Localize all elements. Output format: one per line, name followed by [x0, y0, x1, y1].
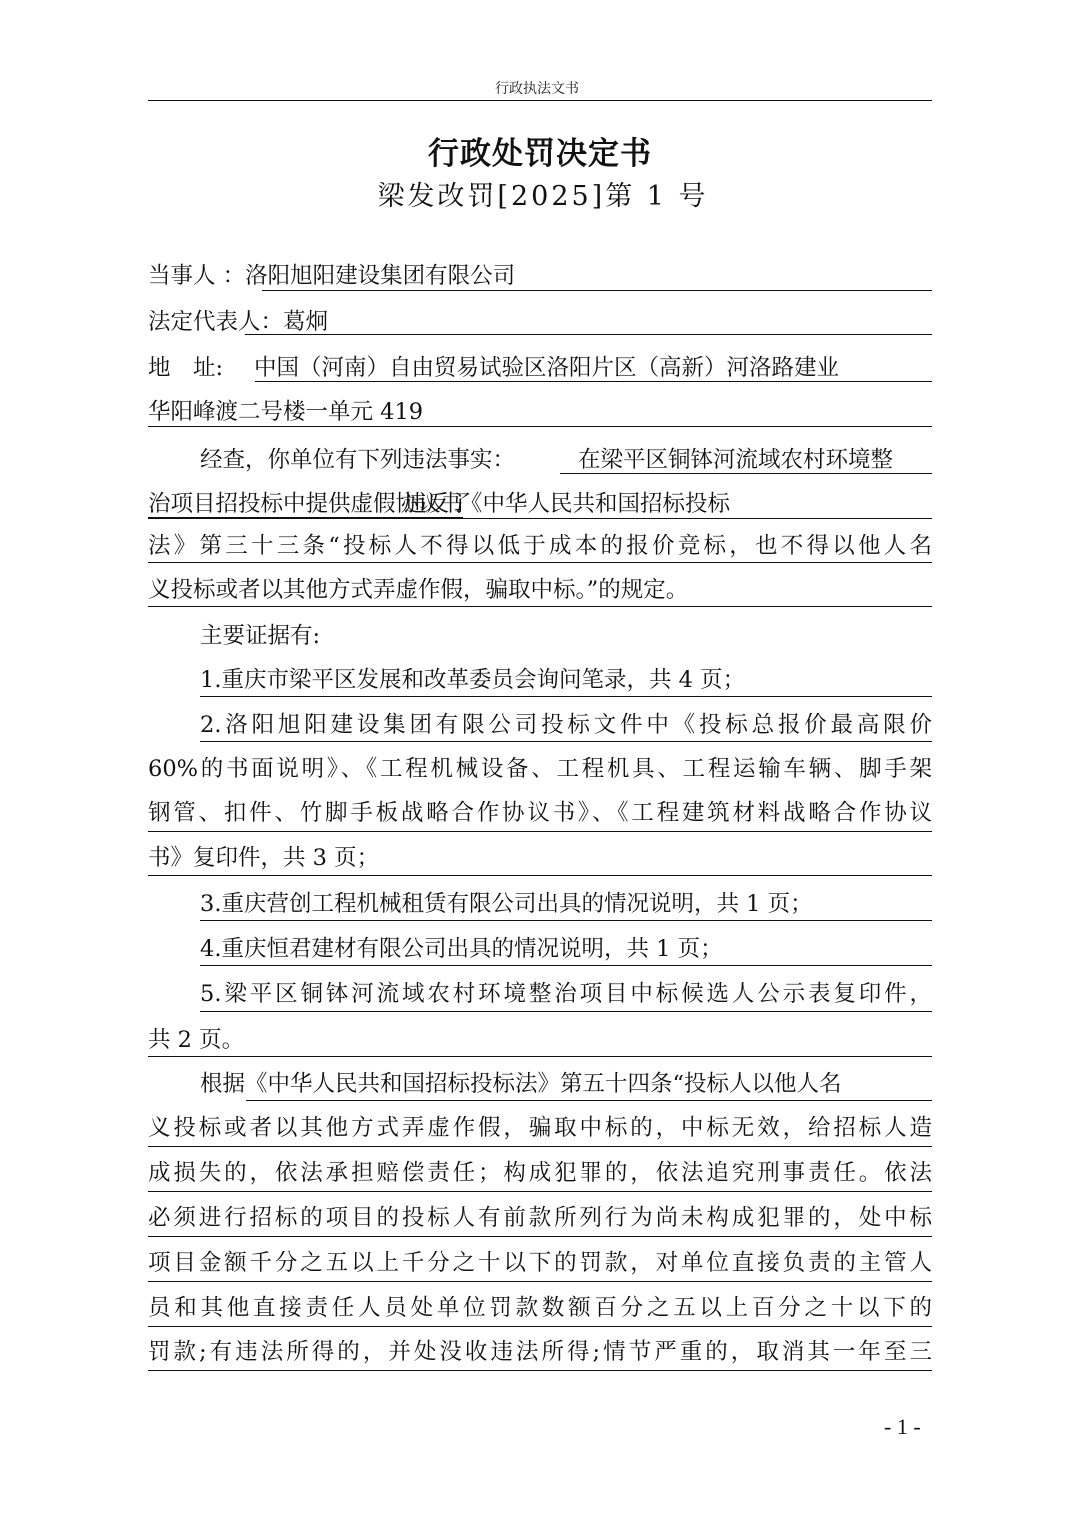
- evidence-heading: 主要证据有:: [148, 616, 932, 656]
- basis-line-2: 义投标或者以其他方式弄虚作假，骗取中标的，中标无效，给招标人造: [148, 1108, 932, 1147]
- evidence-item-4: 4.重庆恒君建材有限公司出具的情况说明，共 1 页；: [200, 929, 932, 966]
- party-value: 洛阳旭阳建设集团有限公司: [245, 263, 515, 289]
- legal-rep-value: 葛炯: [283, 309, 328, 335]
- basis-underline-1: [246, 1100, 932, 1101]
- basis-lead: 根据: [148, 1071, 245, 1097]
- evidence-item-2-line-2: 60%的书面说明》、《工程机械设备、工程机具、工程运输车辆、脚手架: [148, 749, 932, 789]
- evidence-item-2-line-3: 钢管、扣件、竹脚手板战略合作协议书》、《工程建筑材料战略合作协议: [148, 793, 932, 832]
- document-title: 行政处罚决定书: [0, 128, 1074, 173]
- facts-underline-1: [560, 473, 932, 474]
- basis-text-1: 《中华人民共和国招标投标法》第五十四条“投标人以他人名: [245, 1071, 842, 1097]
- basis-line-1: 根据《中华人民共和国招标投标法》第五十四条“投标人以他人名: [148, 1064, 932, 1104]
- evidence-item-5-line-1: 5.梁平区铜钵河流域农村环境整治项目中标候选人公示表复印件，: [200, 974, 932, 1012]
- facts-line-4: 义投标或者以其他方式弄虚作假，骗取中标。”的规定。: [148, 570, 932, 607]
- legal-rep-line: 法定代表人：葛炯: [148, 302, 932, 342]
- address-line-1: 地 址: 中国（河南）自由贸易试验区洛阳片区（高新）河洛路建业: [148, 348, 932, 388]
- party-label: 当事人 ：: [148, 263, 245, 289]
- basis-line-6: 员和其他直接责任人员处单位罚款数额百分之五以上百分之十以下的: [148, 1288, 932, 1327]
- address-line-2: 华阳峰渡二号楼一单元 419: [148, 392, 932, 427]
- address-value-2: 华阳峰渡二号楼一单元 419: [148, 399, 423, 425]
- legal-rep-label: 法定代表人：: [148, 309, 283, 335]
- evidence-item-3: 3.重庆营创工程机械租赁有限公司出具的情况说明，共 1 页；: [200, 884, 932, 921]
- facts-line-3: 法》第三十三条“投标人不得以低于成本的报价竞标，也不得以他人名: [148, 526, 932, 563]
- facts-underline-2a: [148, 518, 248, 519]
- evidence-item-5-line-2: 共 2 页。: [148, 1020, 932, 1057]
- facts-lead: 经查，你单位有下列违法事实：: [148, 447, 515, 473]
- address-underline-1: [255, 381, 932, 382]
- header-divider: [148, 100, 932, 101]
- basis-line-4: 必须进行招标的项目的投标人有前款所列行为尚未构成犯罪的，处中标: [148, 1198, 932, 1237]
- address-label: 地 址:: [148, 355, 223, 381]
- basis-line-3: 成损失的，依法承担赔偿责任；构成犯罪的，依法追究刑事责任。依法: [148, 1153, 932, 1192]
- facts-underline-2c: [455, 518, 932, 519]
- address-value-1: 中国（河南）自由贸易试验区洛阳片区（高新）河洛路建业: [254, 348, 839, 388]
- facts-text-1: 在梁平区铜钵河流域农村环境整: [578, 440, 893, 480]
- document-number: 梁发改罚[2025]第 1 号: [0, 174, 1074, 213]
- facts-line-1: 经查，你单位有下列违法事实： 在梁平区铜钵河流域农村环境整: [148, 440, 932, 480]
- basis-line-7: 罚款;有违法所得的，并处没收违法所得;情节严重的，取消其一年至三: [148, 1332, 932, 1371]
- running-title: 行政执法文书: [0, 78, 1074, 98]
- page-number: - 1 -: [884, 1414, 921, 1440]
- evidence-item-2-line-4: 书》复印件，共 3 页；: [148, 838, 932, 876]
- basis-line-5: 项目金额千分之五以上千分之十以下的罚款，对单位直接负责的主管人: [148, 1243, 932, 1282]
- evidence-item-2-line-1: 2.洛阳旭阳建设集团有限公司投标文件中《投标总报价最高限价: [200, 705, 932, 742]
- legal-rep-underline: [245, 334, 932, 335]
- party-underline: [262, 290, 932, 291]
- evidence-item-1: 1.重庆市梁平区发展和改革委员会询问笔录，共 4 页；: [200, 660, 932, 697]
